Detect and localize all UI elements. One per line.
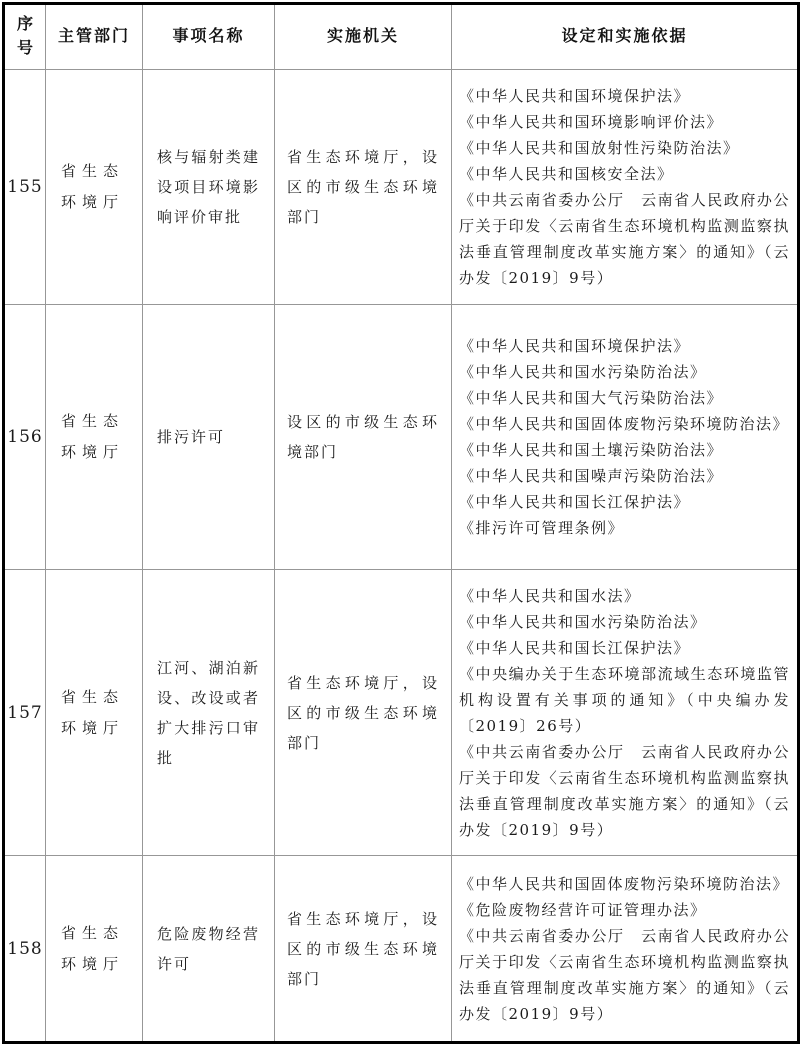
- basis-entry: 《中华人民共和国水法》: [459, 583, 790, 609]
- basis-entry: 《中华人民共和国长江保护法》: [459, 635, 790, 661]
- basis-list: 《中华人民共和国环境保护法》《中华人民共和国水污染防治法》《中华人民共和国大气污…: [459, 333, 790, 541]
- agency-text: 设区的市级生态环境部门: [287, 407, 439, 467]
- department-cell: 省生态环境厅: [46, 570, 143, 856]
- basis-entry: 《中华人民共和国环境保护法》: [459, 333, 790, 359]
- item-text: 江河、湖泊新设、改设或者扩大排污口审批: [157, 653, 260, 773]
- basis-entry: 《中华人民共和国水污染防治法》: [459, 359, 790, 385]
- basis-entry: 《中华人民共和国大气污染防治法》: [459, 385, 790, 411]
- basis-entry: 《中共云南省委办公厅 云南省人民政府办公厅关于印发〈云南省生态环境机构监测监察执…: [459, 739, 790, 843]
- department-cell: 省生态环境厅: [46, 70, 143, 305]
- basis-entry: 《中华人民共和国环境保护法》: [459, 83, 790, 109]
- basis-entry: 《中华人民共和国放射性污染防治法》: [459, 135, 790, 161]
- col-header-no: 序号: [4, 4, 46, 70]
- department-cell: 省生态环境厅: [46, 856, 143, 1043]
- row-number: 156: [4, 305, 46, 570]
- col-header-basis: 设定和实施依据: [452, 4, 799, 70]
- agency-cell: 省生态环境厅，设区的市级生态环境部门: [275, 856, 452, 1043]
- basis-entry: 《中华人民共和国核安全法》: [459, 161, 790, 187]
- department-cell: 省生态环境厅: [46, 305, 143, 570]
- basis-cell: 《中华人民共和国水法》《中华人民共和国水污染防治法》《中华人民共和国长江保护法》…: [452, 570, 799, 856]
- basis-entry: 《中华人民共和国环境影响评价法》: [459, 109, 790, 135]
- col-header-item: 事项名称: [143, 4, 275, 70]
- item-cell: 江河、湖泊新设、改设或者扩大排污口审批: [143, 570, 275, 856]
- basis-list: 《中华人民共和国水法》《中华人民共和国水污染防治法》《中华人民共和国长江保护法》…: [459, 583, 790, 843]
- agency-cell: 设区的市级生态环境部门: [275, 305, 452, 570]
- col-header-agency: 实施机关: [275, 4, 452, 70]
- basis-cell: 《中华人民共和国环境保护法》《中华人民共和国水污染防治法》《中华人民共和国大气污…: [452, 305, 799, 570]
- approval-items-table: 序号 主管部门 事项名称 实施机关 设定和实施依据 155 省生态环境厅 核与辐…: [2, 2, 800, 1044]
- basis-list: 《中华人民共和国固体废物污染环境防治法》《危险废物经营许可证管理办法》《中共云南…: [459, 871, 790, 1027]
- col-header-department: 主管部门: [46, 4, 143, 70]
- table-row: 158 省生态环境厅 危险废物经营许可 省生态环境厅，设区的市级生态环境部门 《…: [4, 856, 799, 1043]
- department-text: 省生态环境厅: [61, 406, 127, 468]
- row-number: 157: [4, 570, 46, 856]
- basis-cell: 《中华人民共和国固体废物污染环境防治法》《危险废物经营许可证管理办法》《中共云南…: [452, 856, 799, 1043]
- department-text: 省生态环境厅: [61, 682, 127, 744]
- basis-entry: 《中华人民共和国长江保护法》: [459, 489, 790, 515]
- department-text: 省生态环境厅: [61, 156, 127, 218]
- item-text: 排污许可: [157, 422, 260, 452]
- agency-text: 省生态环境厅，设区的市级生态环境部门: [287, 904, 439, 994]
- table-row: 155 省生态环境厅 核与辐射类建设项目环境影响评价审批 省生态环境厅，设区的市…: [4, 70, 799, 305]
- col-header-no-label: 序号: [15, 13, 35, 61]
- item-cell: 排污许可: [143, 305, 275, 570]
- basis-cell: 《中华人民共和国环境保护法》《中华人民共和国环境影响评价法》《中华人民共和国放射…: [452, 70, 799, 305]
- basis-entry: 《中华人民共和国水污染防治法》: [459, 609, 790, 635]
- basis-entry: 《中华人民共和国噪声污染防治法》: [459, 463, 790, 489]
- agency-cell: 省生态环境厅，设区的市级生态环境部门: [275, 570, 452, 856]
- basis-entry: 《中共云南省委办公厅 云南省人民政府办公厅关于印发〈云南省生态环境机构监测监察执…: [459, 187, 790, 291]
- table-row: 156 省生态环境厅 排污许可 设区的市级生态环境部门 《中华人民共和国环境保护…: [4, 305, 799, 570]
- table-header: 序号 主管部门 事项名称 实施机关 设定和实施依据: [4, 4, 799, 70]
- item-text: 核与辐射类建设项目环境影响评价审批: [157, 142, 260, 232]
- agency-text: 省生态环境厅，设区的市级生态环境部门: [287, 668, 439, 758]
- item-cell: 危险废物经营许可: [143, 856, 275, 1043]
- agency-cell: 省生态环境厅，设区的市级生态环境部门: [275, 70, 452, 305]
- table-row: 157 省生态环境厅 江河、湖泊新设、改设或者扩大排污口审批 省生态环境厅，设区…: [4, 570, 799, 856]
- row-number: 158: [4, 856, 46, 1043]
- basis-entry: 《中共云南省委办公厅 云南省人民政府办公厅关于印发〈云南省生态环境机构监测监察执…: [459, 923, 790, 1027]
- department-text: 省生态环境厅: [61, 918, 127, 980]
- row-number: 155: [4, 70, 46, 305]
- basis-entry: 《中华人民共和国土壤污染防治法》: [459, 437, 790, 463]
- basis-entry: 《中华人民共和国固体废物污染环境防治法》: [459, 411, 790, 437]
- basis-list: 《中华人民共和国环境保护法》《中华人民共和国环境影响评价法》《中华人民共和国放射…: [459, 83, 790, 291]
- basis-entry: 《中央编办关于生态环境部流域生态环境监管机构设置有关事项的通知》（中央编办发〔2…: [459, 661, 790, 739]
- header-row: 序号 主管部门 事项名称 实施机关 设定和实施依据: [4, 4, 799, 70]
- item-cell: 核与辐射类建设项目环境影响评价审批: [143, 70, 275, 305]
- item-text: 危险废物经营许可: [157, 919, 260, 979]
- basis-entry: 《中华人民共和国固体废物污染环境防治法》: [459, 871, 790, 897]
- basis-entry: 《排污许可管理条例》: [459, 515, 790, 541]
- agency-text: 省生态环境厅，设区的市级生态环境部门: [287, 142, 439, 232]
- basis-entry: 《危险废物经营许可证管理办法》: [459, 897, 790, 923]
